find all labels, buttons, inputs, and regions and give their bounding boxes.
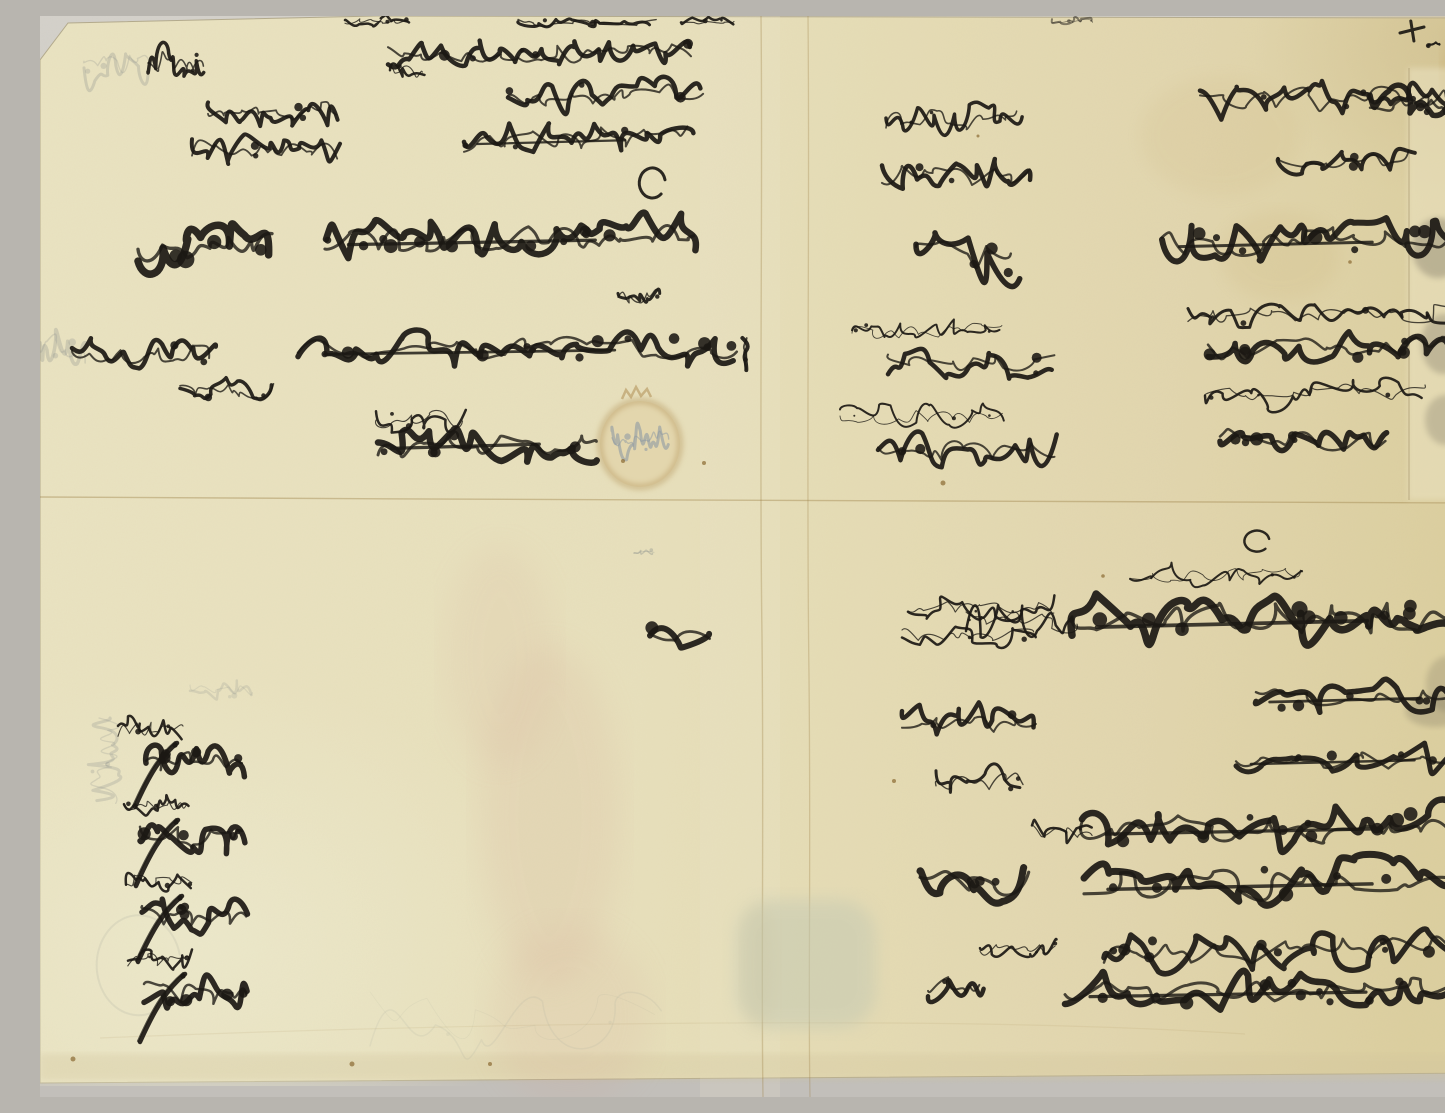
ink-dot [1334,611,1348,625]
ink-dot [384,239,398,253]
ink-dot [579,82,585,88]
ink-dot [1098,993,1108,1003]
ink-dot [1204,348,1216,360]
ink-dot [166,724,170,728]
ink-dot [449,430,459,440]
ink-dot [1352,352,1363,363]
ink-dot [645,621,658,634]
speck [488,1062,492,1066]
ink-dot [1293,576,1296,579]
speck [1348,260,1352,264]
ink-dot [1239,247,1246,254]
ink-dot [525,241,536,252]
ink-dot [404,17,409,22]
ink-dot [1032,353,1042,363]
ink-dot [942,979,947,984]
speck [621,459,625,463]
manuscript-scene [40,16,1445,1097]
ink-dot [191,69,195,73]
ink-dot [1409,226,1421,238]
ink-dot [180,973,185,978]
green-blot-stain [736,900,876,1028]
ink-dot [188,882,192,886]
ink-dot [1305,830,1317,842]
speck [892,779,896,783]
pink-ghost-blob [445,546,555,766]
ink-dot [970,260,978,268]
ink-dot [703,19,708,24]
ink-dot [898,447,906,455]
ink-dot [992,878,1000,886]
ink-dot [523,343,530,350]
ink-dot [625,335,632,342]
ink-dot [560,238,567,245]
ink-dot [1016,776,1021,781]
repair-strip-edge [1408,68,1410,500]
ink-dot [988,330,991,333]
ink-dot [381,448,388,455]
ink-dot [1261,866,1269,874]
ink-dot [1296,990,1306,1000]
ink-dot [359,241,368,250]
ink-dot [1093,612,1108,627]
ink-dot [1426,314,1429,317]
ink-dot [590,20,596,26]
ink-dot [1292,437,1298,443]
ink-dot [462,142,468,148]
ink-dot [221,989,233,1001]
ink-dot [513,144,518,149]
ink-dot [68,338,76,346]
ink-dot [1213,234,1220,241]
ink-dot [506,87,514,95]
ink-dot [968,619,971,622]
ink-dot [1197,831,1209,843]
ink-dot [1035,951,1038,954]
ink-dot [205,394,213,402]
ink-dot [1395,978,1403,986]
ink-dot [1381,874,1391,884]
ink-dot [1350,153,1359,162]
speck [941,481,946,486]
ink-dot [200,359,207,366]
ink-dot [1250,432,1263,445]
ink-dot [300,115,306,121]
ink-dot [195,53,199,57]
ink-dot [322,351,328,357]
ink-dot [644,448,647,451]
ink-dot [1416,103,1425,112]
ink-dot [1008,710,1017,719]
ink-dot [580,226,591,237]
ink-dot [138,827,151,840]
speck [977,135,980,138]
ink-dot [952,416,956,420]
ink-dot [53,353,59,359]
ink-dot [165,883,170,888]
ink-dot [1011,610,1014,613]
ink-dot [1365,996,1374,1005]
ink-dot [1271,573,1274,576]
ink-dot [1180,996,1193,1009]
ink-dot [430,447,440,457]
ink-dot [207,235,221,249]
ink-dot [854,328,858,332]
ink-dot [385,20,389,24]
ink-dot [864,323,868,327]
ink-dot [126,802,131,807]
ink-dot [1380,611,1389,620]
ink-dot [342,347,354,359]
ink-dot [184,955,189,960]
ink-dot [1291,601,1307,617]
ink-dot [1230,434,1240,444]
ink-dot [604,229,616,241]
ink-dot [986,243,998,255]
ink-dot [1053,942,1057,946]
ink-dot [1288,979,1297,988]
ink-dot [543,18,547,22]
ink-dot [105,762,110,767]
ink-dot [1118,944,1130,956]
ink-dot [1278,704,1286,712]
ink-dot [909,121,913,125]
ink-dot [1399,349,1406,356]
ink-dot [968,636,972,640]
ink-dot [1144,952,1154,962]
ink-dot [1385,393,1390,398]
ink-dot [532,51,538,57]
ink-dot [177,895,182,900]
ink-dot [85,69,90,74]
ink-dot [1416,697,1424,705]
ink-dot [669,333,680,344]
ink-dot [1211,315,1215,319]
ink-dot [253,153,258,158]
ink-dot [575,353,583,361]
ink-dot [255,244,267,256]
ink-dot [930,723,936,729]
ink-dot [180,903,189,912]
ink-dot [178,830,188,840]
ink-dot [239,990,247,998]
ink-dot [608,1021,611,1024]
ink-dot [1261,94,1267,100]
ink-dot [1401,338,1408,345]
ink-dot [1423,946,1435,958]
speck [350,1062,355,1067]
ink-dot [1326,998,1333,1005]
ink-dot [915,444,925,454]
ink-dot [1316,988,1323,995]
ink-dot [148,956,151,959]
ink-dot [1247,814,1254,821]
ink-dot [1239,347,1252,360]
ink-dot [1404,600,1417,613]
ink-dot [853,415,855,417]
ink-dot [154,804,158,808]
ink-dot [1301,570,1303,572]
ink-dot [1424,109,1430,115]
ink-dot [1274,948,1282,956]
speck [702,461,706,465]
ink-dot [1278,825,1288,835]
ink-dot [1429,756,1437,764]
ink-dot [172,742,177,747]
ink-dot [1142,613,1156,627]
ink-dot [930,111,934,115]
ink-dot [191,747,201,757]
ink-dot [975,610,978,613]
ink-dot [1308,230,1322,244]
ink-dot [390,412,394,416]
ink-dot [1390,813,1404,827]
ink-dot [1305,820,1312,827]
ink-dot [1371,823,1384,836]
ink-dot [530,347,536,353]
ink-dot [1382,947,1388,953]
ink-dot [1293,700,1304,711]
ink-dot [624,433,630,439]
ink-dot [1423,697,1430,704]
ink-dot [1333,872,1341,880]
ink-dot [231,693,237,699]
ink-dot [165,996,175,1006]
ink-dot [1004,268,1013,277]
manuscript-photograph: Aged double-page manuscript sheet with i… [40,16,1445,1097]
ink-dot [1148,936,1157,945]
ink-dot [170,341,178,349]
ink-dot [446,1032,450,1036]
ink-dot [567,446,576,455]
ink-dot [446,240,458,252]
ink-dot [1209,395,1213,399]
ink-dot [1327,751,1337,761]
ink-dot [1175,622,1189,636]
speck [71,1057,76,1062]
ink-dot [1294,757,1299,762]
ink-dot [1033,370,1038,375]
ink-dot [1067,19,1071,23]
ink-dot [476,349,488,361]
ink-dot [988,414,991,417]
ink-dot [683,39,693,49]
ink-dot [1398,751,1404,757]
ink-dot [1257,394,1260,397]
ink-dot [916,163,924,171]
ink-dot [1404,807,1418,821]
ink-dot [251,142,259,150]
ink-dot [229,832,238,841]
ink-dot [1110,947,1117,954]
ink-dot [1351,246,1358,253]
ink-dot [655,294,659,298]
ink-dot [234,754,242,762]
ink-dot [470,55,476,61]
ink-dot [135,729,141,735]
ink-dot [704,343,712,351]
ink-dot [1279,887,1293,901]
ink-dot [1008,786,1013,791]
ink-dot [1022,637,1027,642]
ink-dot [173,819,178,824]
ink-dot [1344,104,1349,109]
ink-dot [398,64,402,68]
ink-dot [169,250,182,263]
ink-dot [1346,692,1354,700]
ink-dot [1152,883,1162,893]
ink-dot [1256,940,1267,951]
ink-dot [743,357,748,362]
ink-dot [1361,89,1367,95]
ink-dot [949,178,955,184]
ink-dot [324,237,331,244]
ink-dot [1109,883,1117,891]
ink-dot [261,393,265,397]
ink-dot [414,236,425,247]
ink-dot [592,335,604,347]
ink-dot [1380,938,1387,945]
ink-dot [1193,227,1206,240]
ink-dot [727,341,737,351]
ink-dot [1241,320,1247,326]
ink-dot [1242,439,1249,446]
ink-dot [1260,979,1272,991]
ink-dot [439,50,450,61]
ink-dot [180,994,192,1006]
ink-dot [1117,835,1129,847]
ink-dot [650,548,654,552]
ink-dot [228,695,231,698]
ink-dot [1362,307,1369,314]
ink-dot [621,127,628,134]
ink-dot [91,770,95,774]
ink-dot [520,48,525,53]
ink-dot [1349,162,1358,171]
speck [1101,574,1105,578]
ink-dot [1426,43,1431,48]
ink-dot [675,92,686,103]
ink-dot [975,876,985,886]
ink-dot [294,103,302,111]
ink-dot [101,63,107,69]
